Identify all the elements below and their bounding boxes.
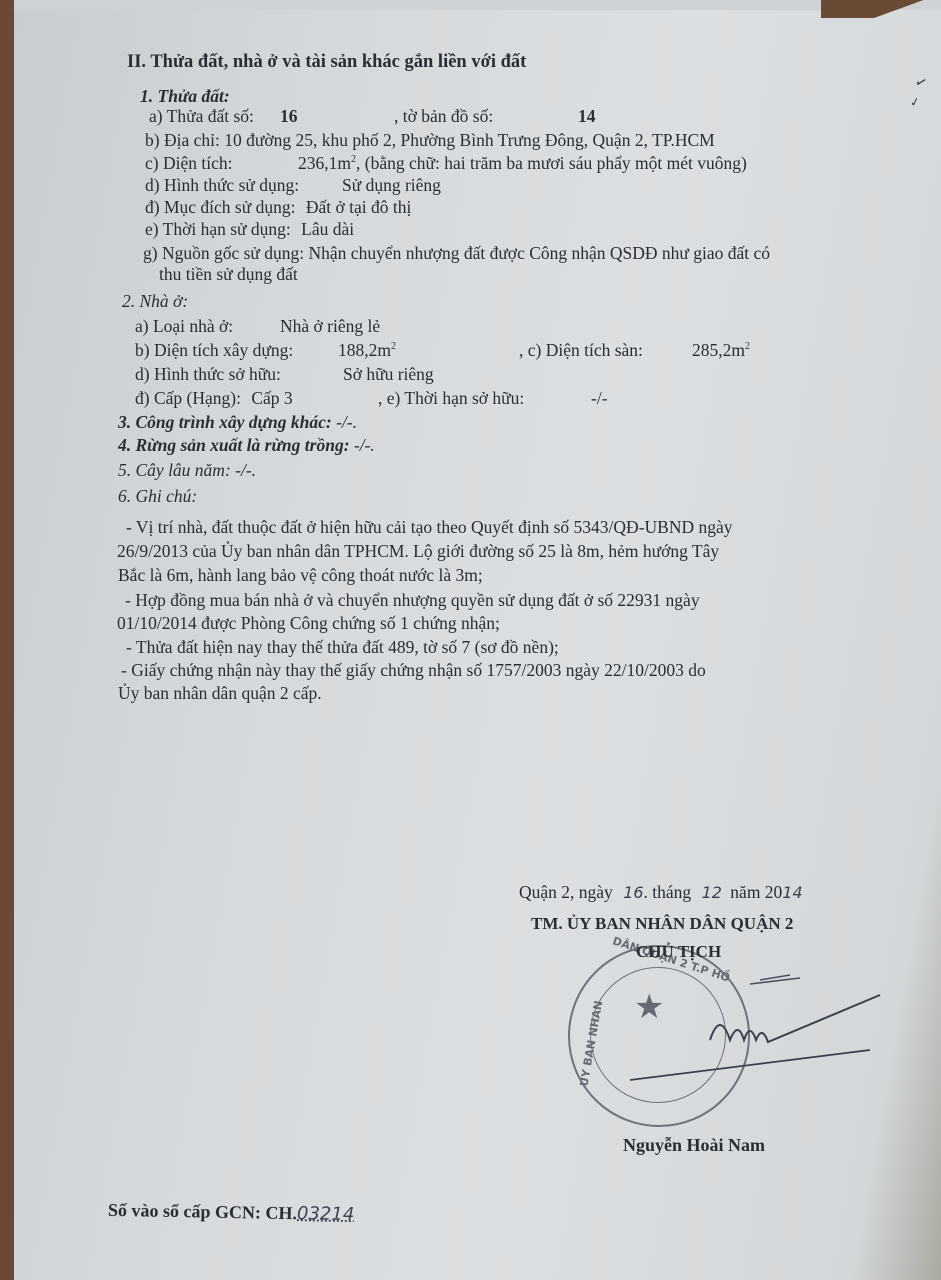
month-label: . tháng [644,882,692,902]
ownership-row: d) Hình thức sở hữu: Sở hữu riêng [135,364,281,384]
date-month: 12 [702,883,722,902]
house-area-row: b) Diện tích xây dựng: 188,2m2 , c) Diện… [135,340,293,360]
note-line: 26/9/2013 của Ủy ban nhân dân TPHCM. Lộ … [117,541,719,561]
built-area-number: 188,2m [338,340,391,360]
purpose-row: đ) Mục đích sử dụng: Đất ở tại đô thị [145,197,411,217]
purpose-value: Đất ở tại đô thị [306,197,412,217]
ownership-label: d) Hình thức sở hữu: [135,364,281,384]
built-area-value: 188,2m2 [338,340,396,360]
grade-label: đ) Cấp (Hạng): [135,388,241,408]
house-type-value: Nhà ở riêng lẻ [280,316,380,336]
register-number: 03214 [297,1203,355,1225]
chairman-title: CHỦ TỊCH [636,942,721,962]
area-words: , (bằng chữ: hai trăm ba mươi sáu phẩy m… [356,153,747,173]
forest-label: 4. Rừng sản xuất là rừng trồng: [118,435,350,455]
register-label: Số vào sổ cấp GCN: [108,1200,261,1223]
forest-row: 4. Rừng sản xuất là rừng trồng: -/-. [118,435,375,455]
own-term-value: -/- [591,388,608,408]
note-line: - Thửa đất hiện nay thay thế thửa đất 48… [126,637,559,657]
note-line: - Hợp đồng mua bán nhà ở và chuyển nhượn… [125,590,700,610]
forest-value: -/-. [354,435,375,455]
year-label: năm 20 [730,882,782,902]
area-value: 236,1m2, (bằng chữ: hai trăm ba mươi sáu… [298,153,747,173]
address-value: 10 đường 25, khu phố 2, Phường Bình Trưn… [224,130,715,150]
address-row: b) Địa chỉ: 10 đường 25, khu phố 2, Phườ… [145,130,715,150]
signature-scrawl [600,970,890,1100]
term-label: e) Thời hạn sử dụng: [145,219,291,239]
perennial-row: 5. Cây lâu năm: -/-. [118,460,256,480]
area-label: c) Diện tích: [145,153,232,173]
address-label: b) Địa chỉ: [145,130,220,150]
construction-value: -/-. [336,412,357,432]
date-year: 14 [782,883,802,902]
own-term-label: , e) Thời hạn sở hữu: [378,388,524,408]
house-type-row: a) Loại nhà ở: Nhà ở riêng lẻ [135,316,233,336]
register-prefix: CH. [265,1203,297,1224]
note-line: Bắc là 6m, hành lang bảo vệ công thoát n… [118,565,483,585]
origin-value: Nhận chuyển nhượng đất được Công nhận QS… [309,243,771,263]
note-line: - Giấy chứng nhận này thay thế giấy chứn… [121,660,706,680]
grade-row: đ) Cấp (Hạng): Cấp 3 , e) Thời hạn sở hữ… [135,388,293,408]
term-row: e) Thời hạn sử dụng: Lâu dài [145,219,354,239]
use-form-label: d) Hình thức sử dụng: [145,175,299,195]
house-heading: 2. Nhà ở: [122,291,188,311]
term-value: Lâu dài [301,219,354,239]
house-type-label: a) Loại nhà ở: [135,316,233,336]
origin-row: g) Nguồn gốc sử dụng: Nhận chuyển nhượng… [143,243,770,263]
land-heading: 1. Thửa đất: [140,86,230,106]
built-area-label: b) Diện tích xây dựng: [135,340,293,360]
area-number: 236,1m [298,153,351,173]
pen-mark-icon: ✓ [909,94,921,110]
register-row: Số vào sổ cấp GCN: CH.03214 [108,1200,355,1225]
construction-label: 3. Công trình xây dựng khác: [118,412,332,432]
floor-area-label: , c) Diện tích sàn: [519,340,643,360]
note-line: 01/10/2014 được Phòng Công chứng số 1 ch… [117,613,500,633]
perennial-label: 5. Cây lâu năm: [118,460,231,480]
date-line: Quận 2, ngày 16. tháng 12 năm 2014 [519,882,803,903]
area-row: c) Diện tích: 236,1m2, (bằng chữ: hai tr… [145,153,232,173]
use-form-row: d) Hình thức sử dụng: Sử dụng riêng [145,175,299,195]
floor-area-sup: 2 [745,341,750,352]
map-label: , tờ bản đồ số: [394,106,493,126]
use-form-value: Sử dụng riêng [342,175,441,195]
origin-value-cont: thu tiền sử dụng đất [159,264,298,284]
floor-area-value: 285,2m2 [692,340,750,360]
date-day: 16 [623,883,643,902]
floor-area-number: 285,2m [692,340,745,360]
perennial-value: -/-. [235,460,256,480]
section-title: II. Thửa đất, nhà ở và tài sản khác gắn … [127,52,526,72]
purpose-label: đ) Mục đích sử dụng: [145,197,295,217]
org-name: TM. ỦY BAN NHÂN DÂN QUẬN 2 [531,914,793,934]
grade-value: Cấp 3 [251,388,292,408]
signer-name: Nguyễn Hoài Nam [623,1135,765,1155]
map-number: 14 [578,106,596,126]
parcel-label: a) Thửa đất số: [149,106,254,126]
date-prefix: Quận 2, ngày [519,882,613,902]
built-area-sup: 2 [391,341,396,352]
note-line: Ủy ban nhân dân quận 2 cấp. [118,683,322,703]
origin-label: g) Nguồn gốc sử dụng: [143,243,304,263]
ownership-value: Sở hữu riêng [343,364,434,384]
background-edge [821,0,941,18]
notes-heading: 6. Ghi chú: [118,486,197,506]
parcel-number: 16 [280,106,298,126]
page-fold [14,0,941,10]
note-line: - Vị trí nhà, đất thuộc đất ở hiện hữu c… [126,517,733,537]
construction-row: 3. Công trình xây dựng khác: -/-. [118,412,357,432]
parcel-row: a) Thửa đất số: 16 , tờ bản đồ số: 14 [149,106,254,126]
